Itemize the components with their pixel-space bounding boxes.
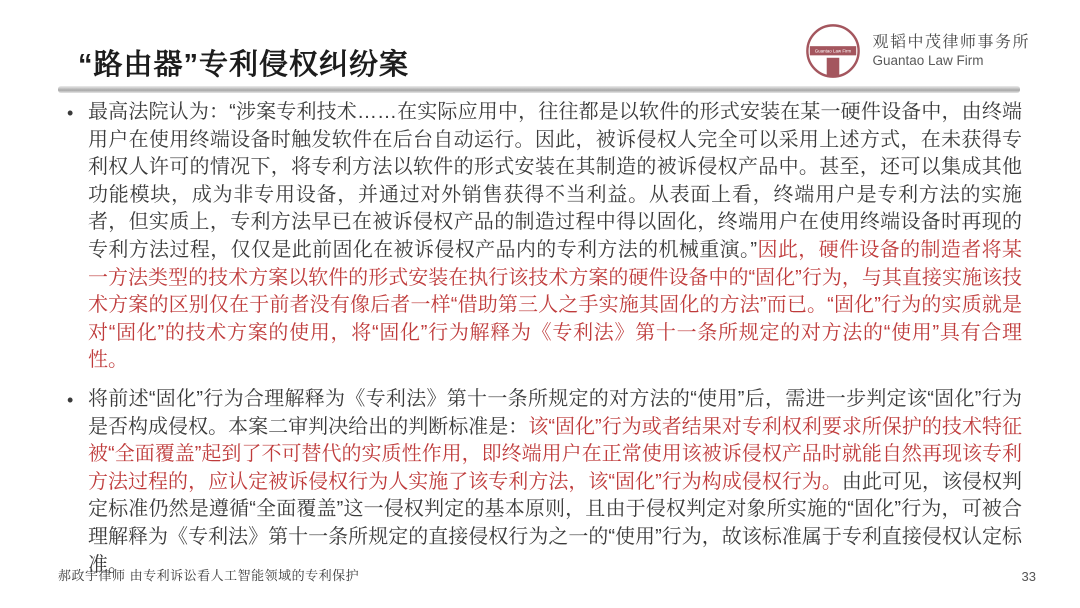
page-title: “路由器”专利侵权纠纷案 — [78, 42, 409, 83]
footer-author-title: 郝政宇律师 由专利诉讼看人工智能领域的专利保护 — [58, 565, 359, 584]
logo-name-en: Guantao Law Firm — [872, 53, 1030, 70]
logo-text-block: 观韬中茂律师事务所 Guantao Law Firm — [872, 33, 1030, 70]
bullet1-court-opinion-text: 最高法院认为：“涉案专利技术……在实际应用中，往往都是以软件的形式安装在某一硬件… — [88, 101, 1022, 261]
slide-body: • 最高法院认为：“涉案专利技术……在实际应用中，往往都是以软件的形式安装在某一… — [58, 99, 1022, 590]
slide: “路由器”专利侵权纠纷案 Guantao Law Firm 观韬中茂律师事务所 … — [0, 0, 1080, 608]
law-firm-logo: Guantao Law Firm 观韬中茂律师事务所 Guantao Law F… — [804, 22, 1030, 80]
guantao-logo-icon: Guantao Law Firm — [804, 22, 862, 80]
bullet-dot-icon: • — [67, 100, 73, 128]
logo-mark-text: Guantao Law Firm — [815, 49, 852, 54]
bullet-paragraph-1: • 最高法院认为：“涉案专利技术……在实际应用中，往往都是以软件的形式安装在某一… — [58, 99, 1022, 375]
page-number: 33 — [1022, 569, 1036, 584]
bullet-dot-icon: • — [67, 387, 73, 415]
logo-name-cn: 观韬中茂律师事务所 — [872, 33, 1030, 53]
title-divider — [58, 86, 1020, 93]
bullet-paragraph-2: • 将前述“固化”行为合理解释为《专利法》第十一条所规定的对方法的“使用”后，需… — [58, 386, 1022, 579]
